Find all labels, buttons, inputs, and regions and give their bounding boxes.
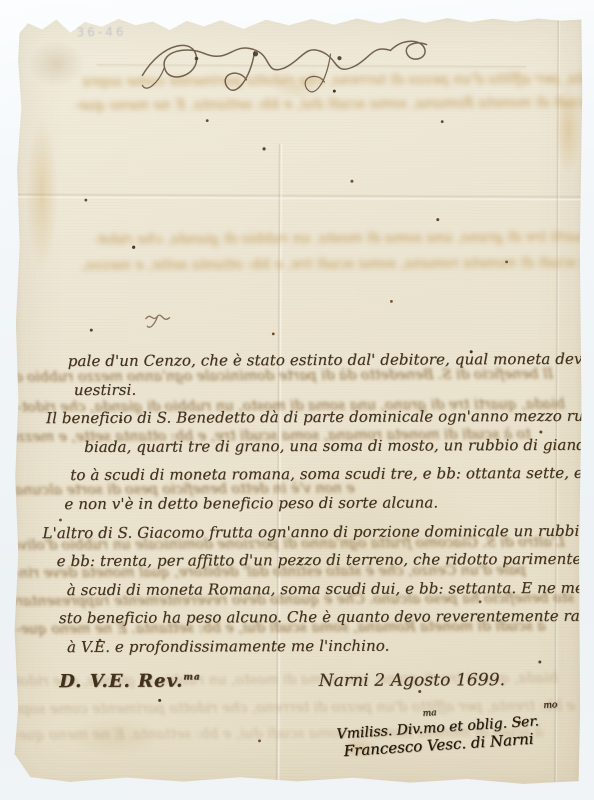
letter-line: pale d'un Cenzo, che è stato estinto dal… <box>68 345 576 376</box>
letter-line: uestirsi. <box>74 373 576 404</box>
letter-line: e bb: trenta, per affitto d'un pezzo di … <box>57 545 577 576</box>
letter-line: à scudi di moneta Romana, soma scudi dui… <box>67 574 577 605</box>
letter-line: à V.E. e profondissimamente me l'inchino… <box>67 631 577 662</box>
letter-line: sto beneficio ha peso alcuno. Che è quan… <box>59 602 577 633</box>
letter-line: to à scudi di moneta romana, soma scudi … <box>70 459 576 490</box>
foxing-specks <box>17 15 19 17</box>
photo-backdrop: 36-46 e bb: trenta, per affitto d'un pez… <box>0 0 594 800</box>
stain-bottom-left <box>49 709 179 766</box>
letter-line: Il beneficio di S. Benedetto dà di parte… <box>46 402 576 433</box>
stain-right-edge <box>549 67 588 193</box>
valediction-superscript: ma <box>183 672 200 682</box>
bleedthrough-line: to à scudi di moneta romana, soma scudi … <box>82 255 594 274</box>
fold-crease-horizontal <box>16 193 583 201</box>
manuscript-page: 36-46 e bb: trenta, per affitto d'un pez… <box>13 15 583 787</box>
valediction-monogram: D. V.E. Rev.ma <box>59 663 201 696</box>
pencil-inventory-mark: 36-46 <box>77 25 127 40</box>
stray-ink-squiggle-icon <box>141 308 175 336</box>
signature-superscript: ma <box>422 708 437 719</box>
bleedthrough-line: biada, quarti tre di grano, una soma di … <box>94 229 594 248</box>
letter-line: L'altro di S. Giacomo frutta ogn'anno di… <box>42 516 576 547</box>
stain-left-edge <box>19 87 64 301</box>
letter-line: biada, quarti tre di grano, una soma di … <box>84 431 576 462</box>
signature-block: ma mo Vmiliss. Div.mo et oblig. Ser. Fra… <box>335 699 579 761</box>
signature-superscript: mo <box>543 700 558 711</box>
closing-row: D. V.E. Rev.ma Narni 2 Agosto 1699. <box>33 661 577 696</box>
letter-line: e non v'è in detto beneficio peso di sor… <box>64 488 576 519</box>
stain-top-left-corner <box>16 31 96 97</box>
letter-body: pale d'un Cenzo, che è stato estinto dal… <box>32 345 578 696</box>
inverted-address-flourish-icon <box>134 23 444 108</box>
dateline: Narni 2 Agosto 1699. <box>319 666 506 695</box>
valediction-text: D. V.E. Rev. <box>59 670 183 692</box>
